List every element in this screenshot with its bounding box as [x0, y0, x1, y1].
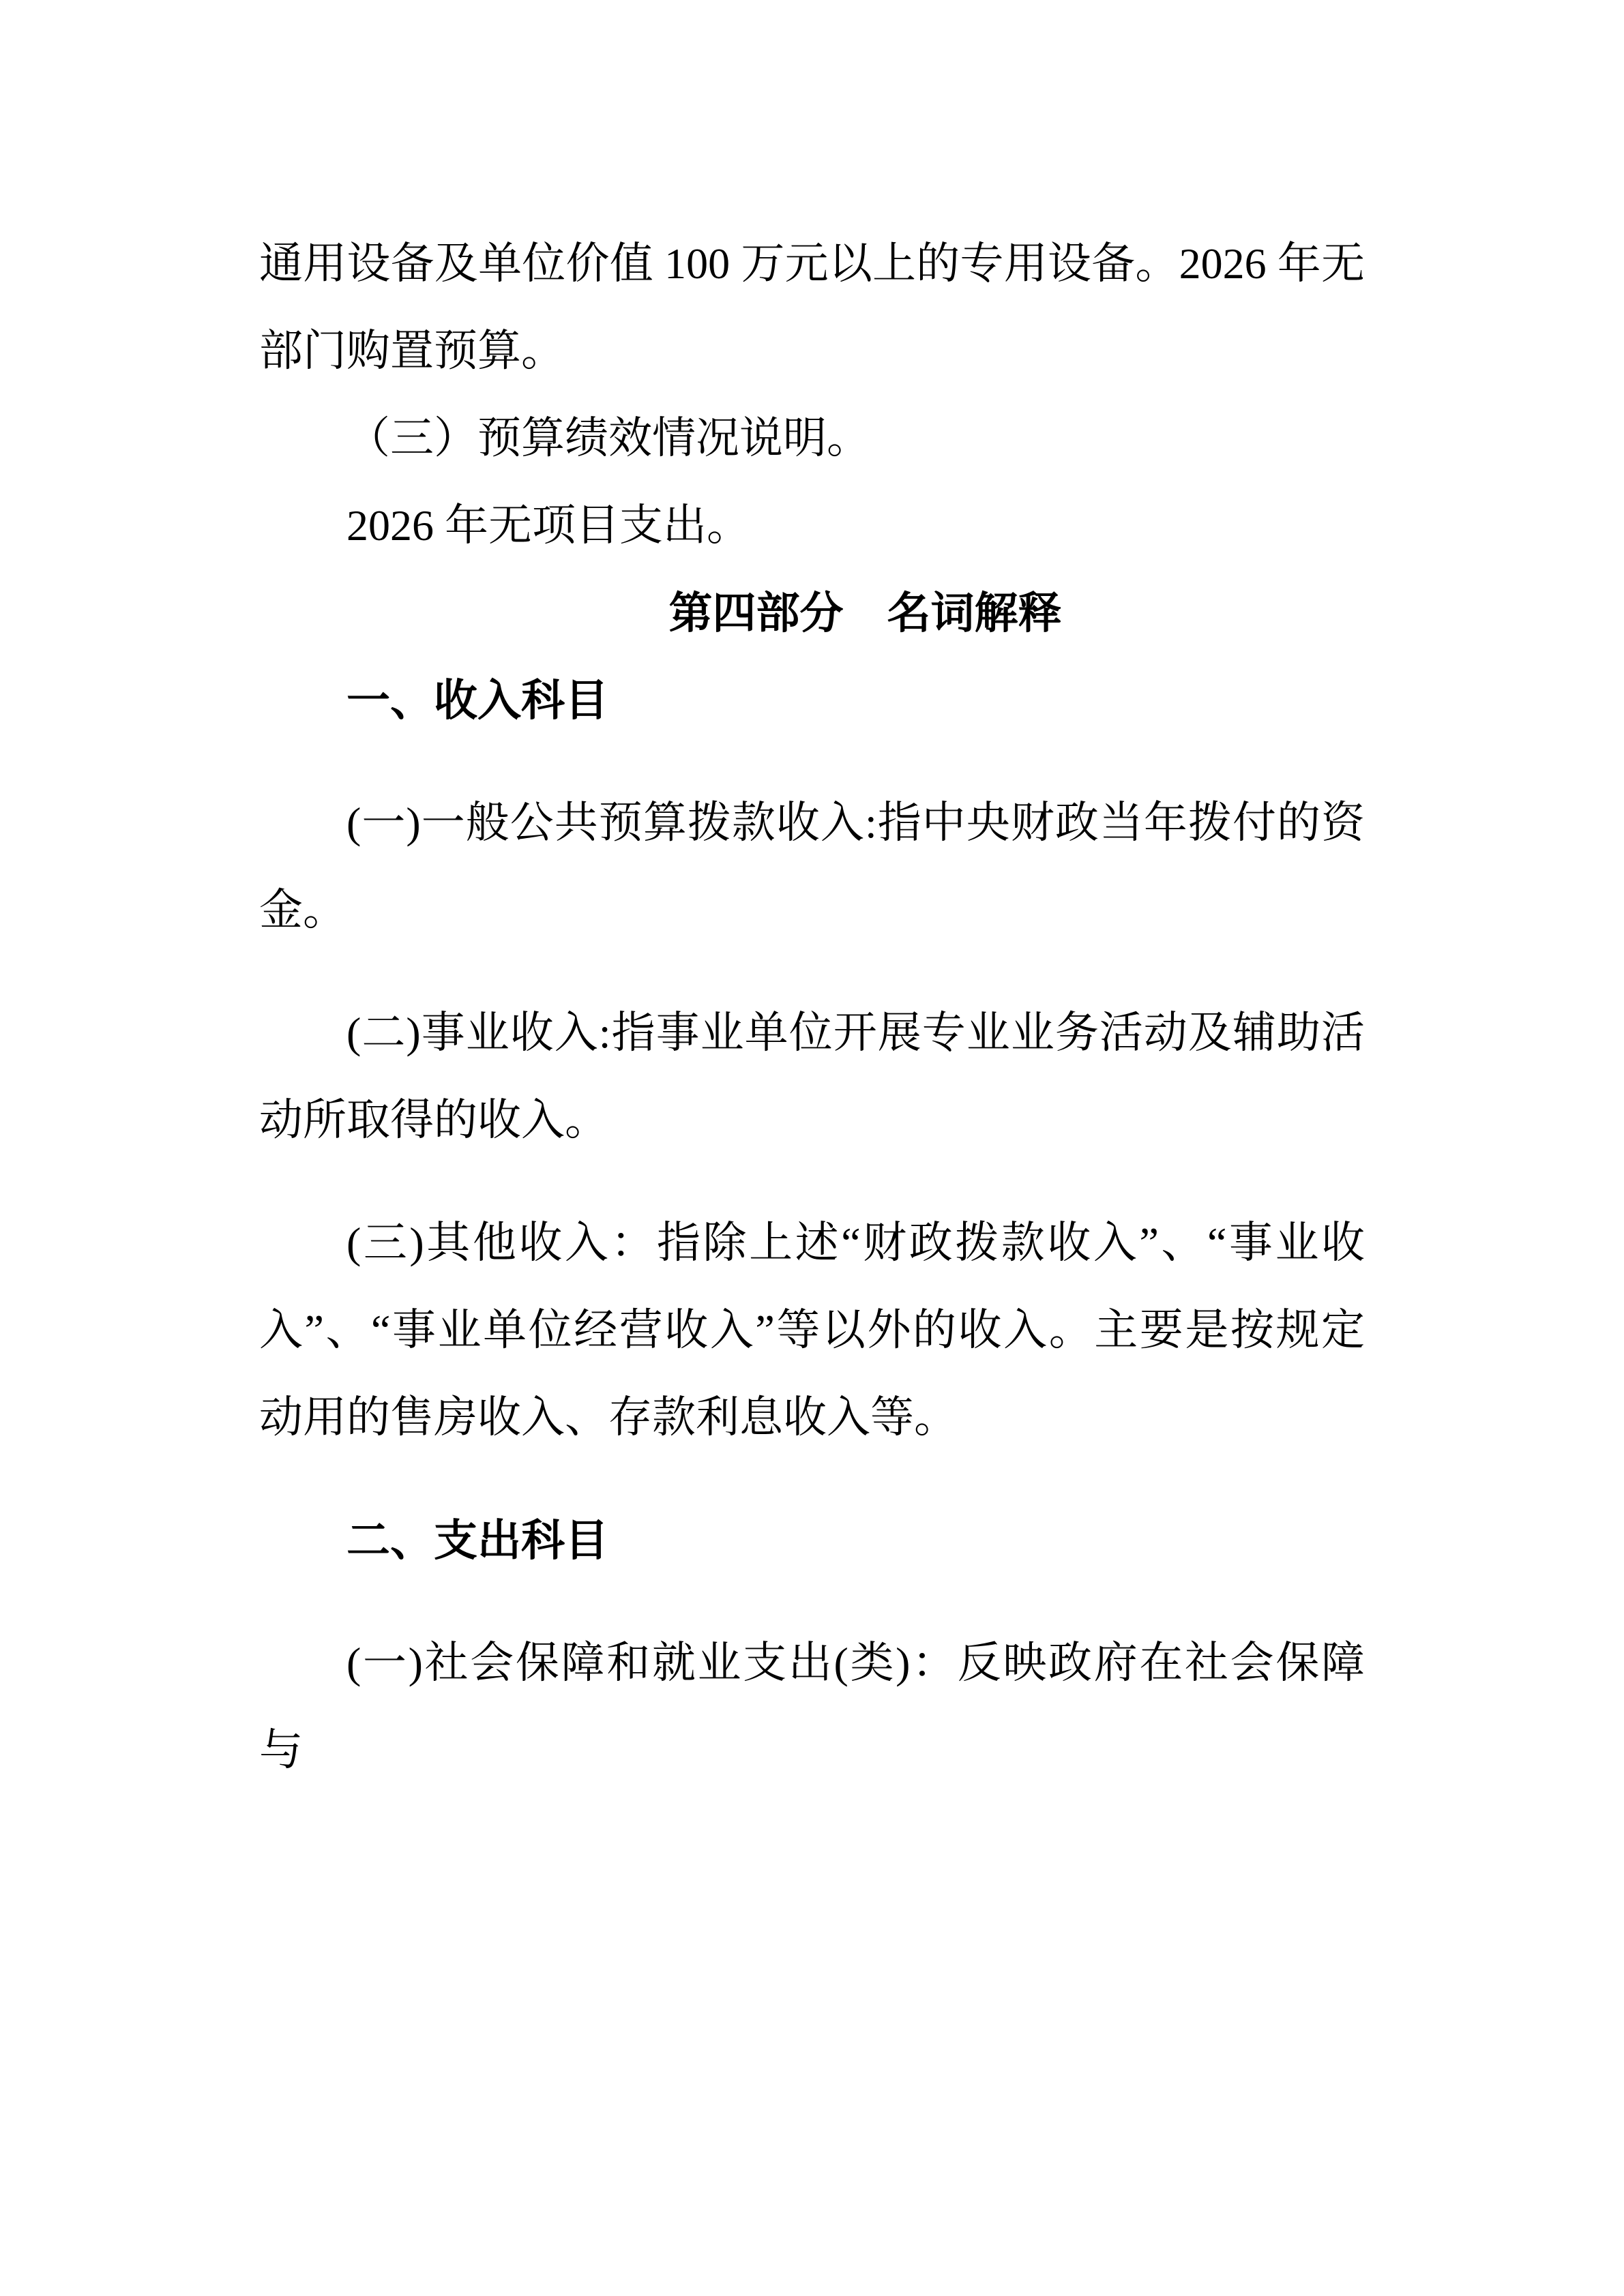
income-item-business: (二)事业收入:指事业单位开展专业业务活动及辅助活 动所取得的收入。: [259, 989, 1365, 1164]
paragraph-purchase-continued: 通用设备及单位价值 100 万元以上的专用设备。2026 年无 部门购置预算。: [259, 220, 1365, 395]
income-item-other: (三)其他收入：指除上述“财政拨款收入”、“事业收 入”、“事业单位经营收入”等…: [259, 1199, 1365, 1461]
text-line: 部门购置预算。: [259, 308, 1365, 395]
text-line: 金。: [259, 867, 1365, 954]
text-line: 动用的售房收入、存款利息收入等。: [259, 1374, 1365, 1461]
item-budget-performance: （三）预算绩效情况说明。: [259, 395, 1365, 482]
text-line: 入”、“事业单位经营收入”等以外的收入。主要是按规定: [259, 1287, 1365, 1374]
text-line: (三)其他收入：指除上述“财政拨款收入”、“事业收: [259, 1199, 1365, 1287]
text-line: (一)社会保障和就业支出(类)：反映政府在社会保障与: [259, 1620, 1365, 1794]
expenditure-item-social-security: (一)社会保障和就业支出(类)：反映政府在社会保障与: [259, 1620, 1365, 1794]
part4-heading: 第四部分 名词解释: [259, 569, 1365, 657]
text-line: (一)一般公共预算拨款收入:指中央财政当年拨付的资: [259, 779, 1365, 867]
note-no-project-expenditure: 2026 年无项目支出。: [259, 482, 1365, 569]
text-line: 动所取得的收入。: [259, 1077, 1365, 1164]
income-item-general-budget: (一)一般公共预算拨款收入:指中央财政当年拨付的资 金。: [259, 779, 1365, 954]
income-category-heading: 一、收入科目: [259, 657, 1365, 744]
text-line: (二)事业收入:指事业单位开展专业业务活动及辅助活: [259, 989, 1365, 1077]
expenditure-category-heading: 二、支出科目: [259, 1497, 1365, 1584]
text-line: 通用设备及单位价值 100 万元以上的专用设备。2026 年无: [259, 220, 1365, 308]
document-page: 通用设备及单位价值 100 万元以上的专用设备。2026 年无 部门购置预算。 …: [0, 0, 1624, 2296]
